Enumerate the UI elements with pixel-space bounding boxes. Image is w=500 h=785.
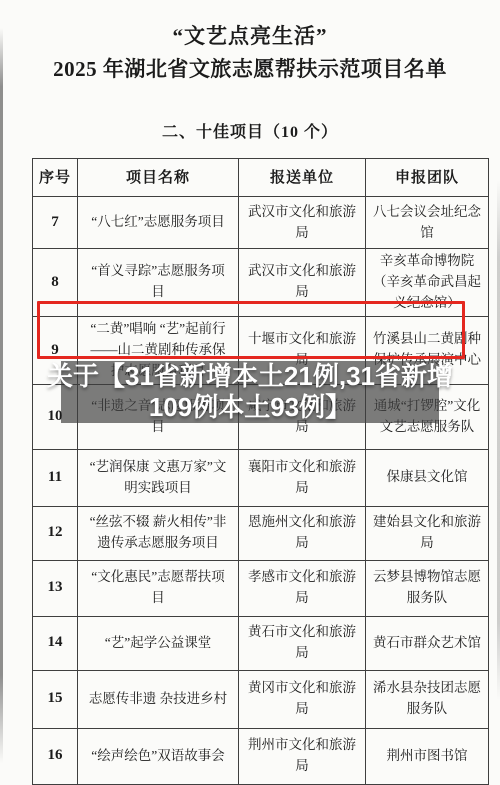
cell-unit: 襄阳市文化和旅游局 [239, 449, 366, 506]
column-header: 申报团队 [366, 159, 489, 197]
table-row: 12“丝弦不辍 薪火相传”非遗传承志愿服务项目恩施州文化和旅游局建始县文化和旅游… [33, 506, 489, 560]
cell-unit: 黄石市文化和旅游局 [239, 616, 366, 670]
caption-line-2: 109例本土93例】 [149, 392, 351, 423]
cell-unit: 孝感市文化和旅游局 [239, 560, 366, 616]
table-row: 15志愿传非遗 杂技进乡村黄冈市文化和旅游局浠水县杂技团志愿服务队 [33, 670, 489, 728]
cell-team: 建始县文化和旅游局 [366, 506, 489, 560]
table-row: 11“艺润保康 文惠万家”文明实践项目襄阳市文化和旅游局保康县文化馆 [33, 449, 489, 506]
cell-project: “绘声绘色”双语故事会 [78, 728, 239, 784]
projects-table: 序号项目名称报送单位申报团队 7“八七红”志愿服务项目武汉市文化和旅游局八七会议… [32, 158, 489, 785]
cell-project: “文化惠民”志愿帮扶项目 [78, 560, 239, 616]
page-subtitle: 2025 年湖北省文旅志愿帮扶示范项目名单 [0, 53, 500, 83]
cell-team: 辛亥革命博物院（辛亥革命武昌起义纪念馆） [366, 249, 489, 317]
cell-team: 保康县文化馆 [366, 449, 489, 506]
cell-unit: 武汉市文化和旅游局 [239, 249, 366, 317]
page-edge-shadow-left [0, 28, 3, 763]
projects-table-wrapper: 序号项目名称报送单位申报团队 7“八七红”志愿服务项目武汉市文化和旅游局八七会议… [32, 158, 488, 785]
cell-project: “艺”起学公益课堂 [78, 616, 239, 670]
cell-no: 16 [33, 728, 78, 784]
cell-no: 12 [33, 506, 78, 560]
cell-team: 云梦县博物馆志愿服务队 [366, 560, 489, 616]
column-header: 报送单位 [239, 159, 366, 197]
cell-no: 15 [33, 670, 78, 728]
cell-project: “艺润保康 文惠万家”文明实践项目 [78, 449, 239, 506]
caption-overlay: 关于【31省新增本土21例,31省新增 109例本土93例】 [61, 361, 439, 423]
table-body: 7“八七红”志愿服务项目武汉市文化和旅游局八七会议会址纪念馆8“首义寻踪”志愿服… [33, 197, 489, 785]
page-title: “文艺点亮生活” [0, 20, 500, 50]
cell-project: “首义寻踪”志愿服务项目 [78, 249, 239, 317]
cell-team: 黄石市群众艺术馆 [366, 616, 489, 670]
table-row: 8“首义寻踪”志愿服务项目武汉市文化和旅游局辛亥革命博物院（辛亥革命武昌起义纪念… [33, 249, 489, 317]
table-header-row: 序号项目名称报送单位申报团队 [33, 159, 489, 197]
cell-project: “丝弦不辍 薪火相传”非遗传承志愿服务项目 [78, 506, 239, 560]
table-row: 13“文化惠民”志愿帮扶项目孝感市文化和旅游局云梦县博物馆志愿服务队 [33, 560, 489, 616]
cell-no: 14 [33, 616, 78, 670]
cell-team: 浠水县杂技团志愿服务队 [366, 670, 489, 728]
cell-project: 志愿传非遗 杂技进乡村 [78, 670, 239, 728]
cell-unit: 荆州市文化和旅游局 [239, 728, 366, 784]
cell-no: 7 [33, 197, 78, 249]
cell-no: 11 [33, 449, 78, 506]
cell-team: 荆州市图书馆 [366, 728, 489, 784]
column-header: 项目名称 [78, 159, 239, 197]
cell-unit: 武汉市文化和旅游局 [239, 197, 366, 249]
caption-line-1: 关于【31省新增本土21例,31省新增 [47, 361, 453, 392]
table-row: 14“艺”起学公益课堂黄石市文化和旅游局黄石市群众艺术馆 [33, 616, 489, 670]
table-row: 7“八七红”志愿服务项目武汉市文化和旅游局八七会议会址纪念馆 [33, 197, 489, 249]
cell-project: “八七红”志愿服务项目 [78, 197, 239, 249]
cell-team: 八七会议会址纪念馆 [366, 197, 489, 249]
column-header: 序号 [33, 159, 78, 197]
cell-unit: 黄冈市文化和旅游局 [239, 670, 366, 728]
table-row: 16“绘声绘色”双语故事会荆州市文化和旅游局荆州市图书馆 [33, 728, 489, 784]
cell-no: 8 [33, 249, 78, 317]
cell-no: 13 [33, 560, 78, 616]
section-title: 二、十佳项目（10 个） [0, 119, 500, 142]
cell-unit: 恩施州文化和旅游局 [239, 506, 366, 560]
